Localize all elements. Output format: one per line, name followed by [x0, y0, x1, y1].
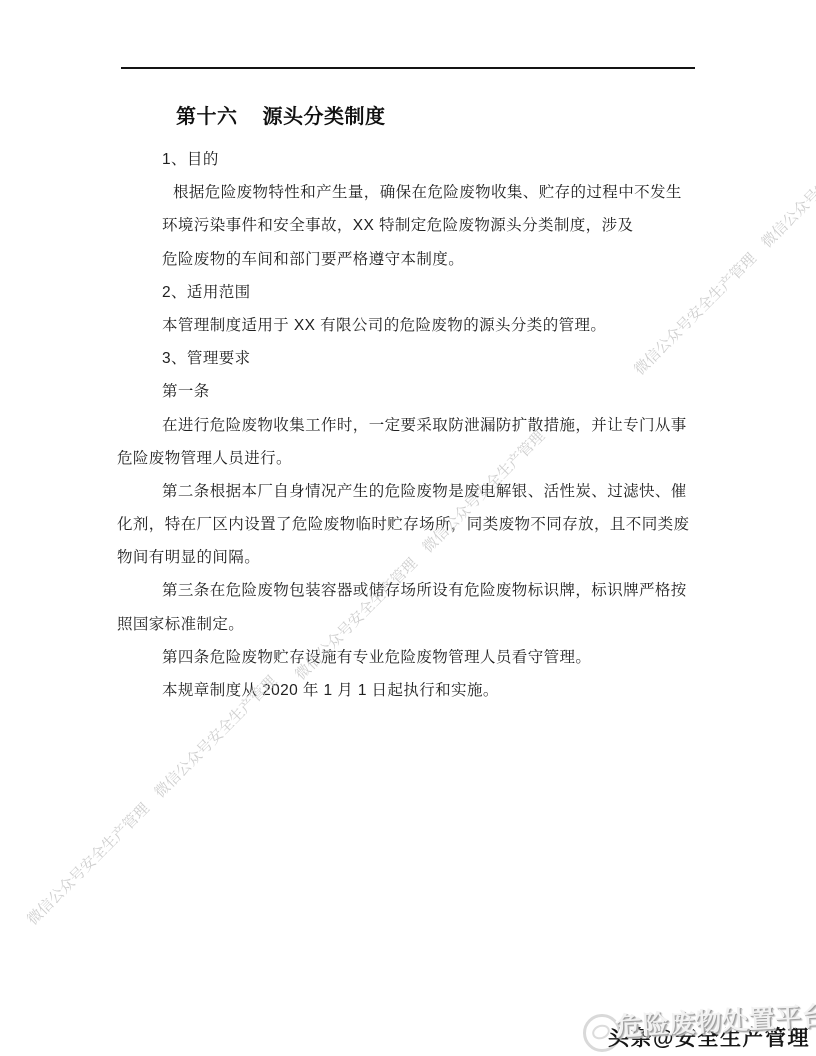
text-line: 3、管理要求 [162, 342, 707, 375]
header-rule [121, 67, 695, 69]
document-body: 1、目的根据危险废物特性和产生量，确保在危险废物收集、贮存的过程中不发生环境污染… [117, 143, 707, 707]
text-line: 危险废物的车间和部门要严格遵守本制度。 [162, 243, 707, 276]
text-line: 第一条 [162, 375, 707, 408]
text-line: 物间有明显的间隔。 [117, 541, 707, 574]
text-line: 照国家标准制定。 [117, 608, 707, 641]
text-line: 本管理制度适用于 XX 有限公司的危险废物的源头分类的管理。 [162, 309, 707, 342]
title-chapter-number: 第十六 [176, 106, 238, 128]
text-line: 根据危险废物特性和产生量，确保在危险废物收集、贮存的过程中不发生 [173, 176, 707, 209]
text-line: 第三条在危险废物包装容器或储存场所设有危险废物标识牌，标识牌严格按 [162, 574, 707, 607]
text-line: 第四条危险废物贮存设施有专业危险废物管理人员看守管理。 [162, 641, 707, 674]
text-line: 环境污染事件和安全事故，XX 特制定危险废物源头分类制度，涉及 [162, 209, 707, 242]
text-line: 2、适用范围 [162, 276, 707, 309]
text-line: 本规章制度从 2020 年 1 月 1 日起执行和实施。 [162, 674, 707, 707]
text-line: 在进行危险废物收集工作时，一定要采取防泄漏防扩散措施，并让专门从事 [162, 409, 707, 442]
text-line: 危险废物管理人员进行。 [117, 442, 707, 475]
document-page: 第十六源头分类制度 1、目的根据危险废物特性和产生量，确保在危险废物收集、贮存的… [0, 0, 816, 1056]
diagonal-watermark: 微信公众号安全生产管理 微信公众号安全生产管理 [25, 673, 280, 928]
title-chapter-name: 源头分类制度 [263, 106, 386, 128]
text-line: 化剂，特在厂区内设置了危险废物临时贮存场所，同类废物不同存放，且不同类废 [117, 508, 707, 541]
page-title: 第十六源头分类制度 [176, 100, 386, 129]
text-line: 第二条根据本厂自身情况产生的危险废物是废电解银、活性炭、过滤快、催 [162, 475, 707, 508]
text-line: 1、目的 [162, 143, 707, 176]
